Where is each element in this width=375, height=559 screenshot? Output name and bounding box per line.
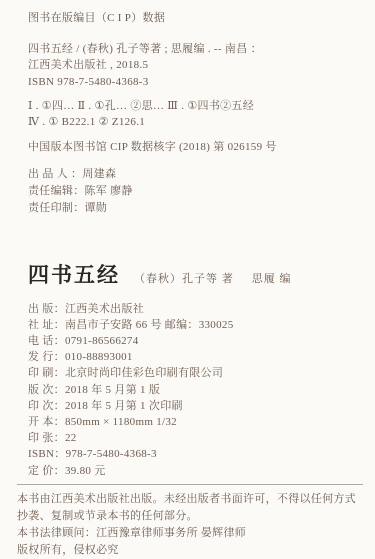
- legal-section: 本书由江西美术出版社出版。未经出版者书面许可，不得以任何方式抄袭、复制或节录本书…: [17, 491, 365, 559]
- pub-label: 开 本：: [28, 416, 65, 428]
- cip-classification-line: Ⅰ . ①四… Ⅱ . ①孔… ②思… Ⅲ . ①四书②五经: [28, 98, 359, 114]
- cip-registry-line: 中国版本图书馆 CIP 数据核字 (2018) 第 026159 号: [28, 139, 359, 156]
- pub-row-address: 社 址：南昌市子安路 66 号 邮编：330025: [28, 317, 359, 333]
- pub-label: 印 刷：: [28, 367, 65, 379]
- publication-section: 出 版：江西美术出版社 社 址：南昌市子安路 66 号 邮编：330025 电 …: [28, 301, 359, 479]
- pub-label: 印 张：: [28, 432, 65, 444]
- staff-value: 陈军 廖静: [85, 185, 133, 197]
- editor-byline: 思履 编: [252, 270, 292, 286]
- pub-label: 发 行：: [28, 351, 65, 363]
- staff-row-editor: 责任编辑：陈军 廖静: [28, 183, 359, 200]
- pub-value: 22: [65, 432, 77, 444]
- pub-label: ISBN：: [28, 448, 66, 460]
- pub-label: 定 价：: [28, 465, 65, 477]
- pub-row-printer: 印 刷：北京时尚印佳彩色印刷有限公司: [28, 365, 359, 381]
- pub-value: 北京时尚印佳彩色印刷有限公司: [65, 367, 223, 379]
- cip-record: 四书五经 / (春秋) 孔子等著 ; 思履编 . -- 南昌 ： 江西美术出版社…: [28, 41, 359, 91]
- cip-section: 图书在版编目（C I P）数据 四书五经 / (春秋) 孔子等著 ; 思履编 .…: [28, 10, 359, 156]
- author-byline: （春秋）孔子等 著: [134, 270, 234, 286]
- pub-row-format: 开 本：850mm × 1180mm 1/32: [28, 414, 359, 430]
- staff-row-producer: 出 品 人 ：周建森: [28, 166, 359, 183]
- pub-row-publisher: 出 版：江西美术出版社: [28, 301, 359, 317]
- cip-record-line: ISBN 978-7-5480-4368-3: [28, 74, 359, 91]
- cip-registry: 中国版本图书馆 CIP 数据核字 (2018) 第 026159 号: [28, 139, 359, 156]
- pub-row-distribution: 发 行：010-88893001: [28, 349, 359, 365]
- pub-value: 南昌市子安路 66 号 邮编：330025: [65, 319, 234, 331]
- cip-classification-line: Ⅳ . ① B222.1 ② Z126.1: [28, 114, 359, 130]
- pub-row-phone: 电 话：0791-86566274: [28, 333, 359, 349]
- staff-value: 谭勋: [85, 202, 108, 214]
- staff-section: 出 品 人 ：周建森 责任编辑：陈军 廖静 责任印制：谭勋: [28, 166, 359, 217]
- title-block: 四书五经 （春秋）孔子等 著 思履 编: [28, 259, 359, 289]
- pub-value: 2018 年 5 月第 1 版: [65, 384, 160, 396]
- pub-value: 0791-86566274: [65, 335, 139, 347]
- pub-row-impression: 印 次：2018 年 5 月第 1 次印刷: [28, 398, 359, 414]
- pub-value: 39.80 元: [65, 465, 106, 477]
- copyright-page: 图书在版编目（C I P）数据 四书五经 / (春秋) 孔子等著 ; 思履编 .…: [0, 0, 375, 559]
- staff-label: 责任印制：: [28, 202, 85, 214]
- cip-record-line: 江西美术出版社 , 2018.5: [28, 57, 359, 74]
- pub-label: 版 次：: [28, 384, 65, 396]
- staff-label: 出 品 人 ：: [28, 168, 82, 180]
- divider-rule: [17, 484, 363, 485]
- pub-value: 010-88893001: [65, 351, 133, 363]
- legal-counsel-line: 本书法律顾问：江西豫章律师事务所 晏辉律师: [17, 525, 365, 542]
- pub-row-edition: 版 次：2018 年 5 月第 1 版: [28, 382, 359, 398]
- pub-value: 2018 年 5 月第 1 次印刷: [65, 400, 183, 412]
- pub-value: 978-7-5480-4368-3: [66, 448, 157, 460]
- legal-copyright-notice: 本书由江西美术出版社出版。未经出版者书面许可，不得以任何方式抄袭、复制或节录本书…: [17, 491, 365, 525]
- pub-value: 江西美术出版社: [65, 303, 144, 315]
- legal-rights-line: 版权所有，侵权必究: [17, 542, 365, 559]
- pub-label: 电 话：: [28, 335, 65, 347]
- pub-label: 印 次：: [28, 400, 65, 412]
- pub-row-isbn: ISBN：978-7-5480-4368-3: [28, 446, 359, 462]
- cip-record-line: 四书五经 / (春秋) 孔子等著 ; 思履编 . -- 南昌 ：: [28, 41, 359, 58]
- staff-value: 周建森: [82, 168, 116, 180]
- staff-row-print-supervisor: 责任印制：谭勋: [28, 200, 359, 217]
- pub-label: 社 址：: [28, 319, 65, 331]
- pub-label: 出 版：: [28, 303, 65, 315]
- cip-heading: 图书在版编目（C I P）数据: [28, 10, 359, 27]
- pub-value: 850mm × 1180mm 1/32: [65, 416, 177, 428]
- pub-row-sheets: 印 张：22: [28, 430, 359, 446]
- staff-label: 责任编辑：: [28, 185, 85, 197]
- book-title: 四书五经: [28, 259, 120, 289]
- pub-row-price: 定 价：39.80 元: [28, 463, 359, 479]
- cip-classification: Ⅰ . ①四… Ⅱ . ①孔… ②思… Ⅲ . ①四书②五经 Ⅳ . ① B22…: [28, 98, 359, 130]
